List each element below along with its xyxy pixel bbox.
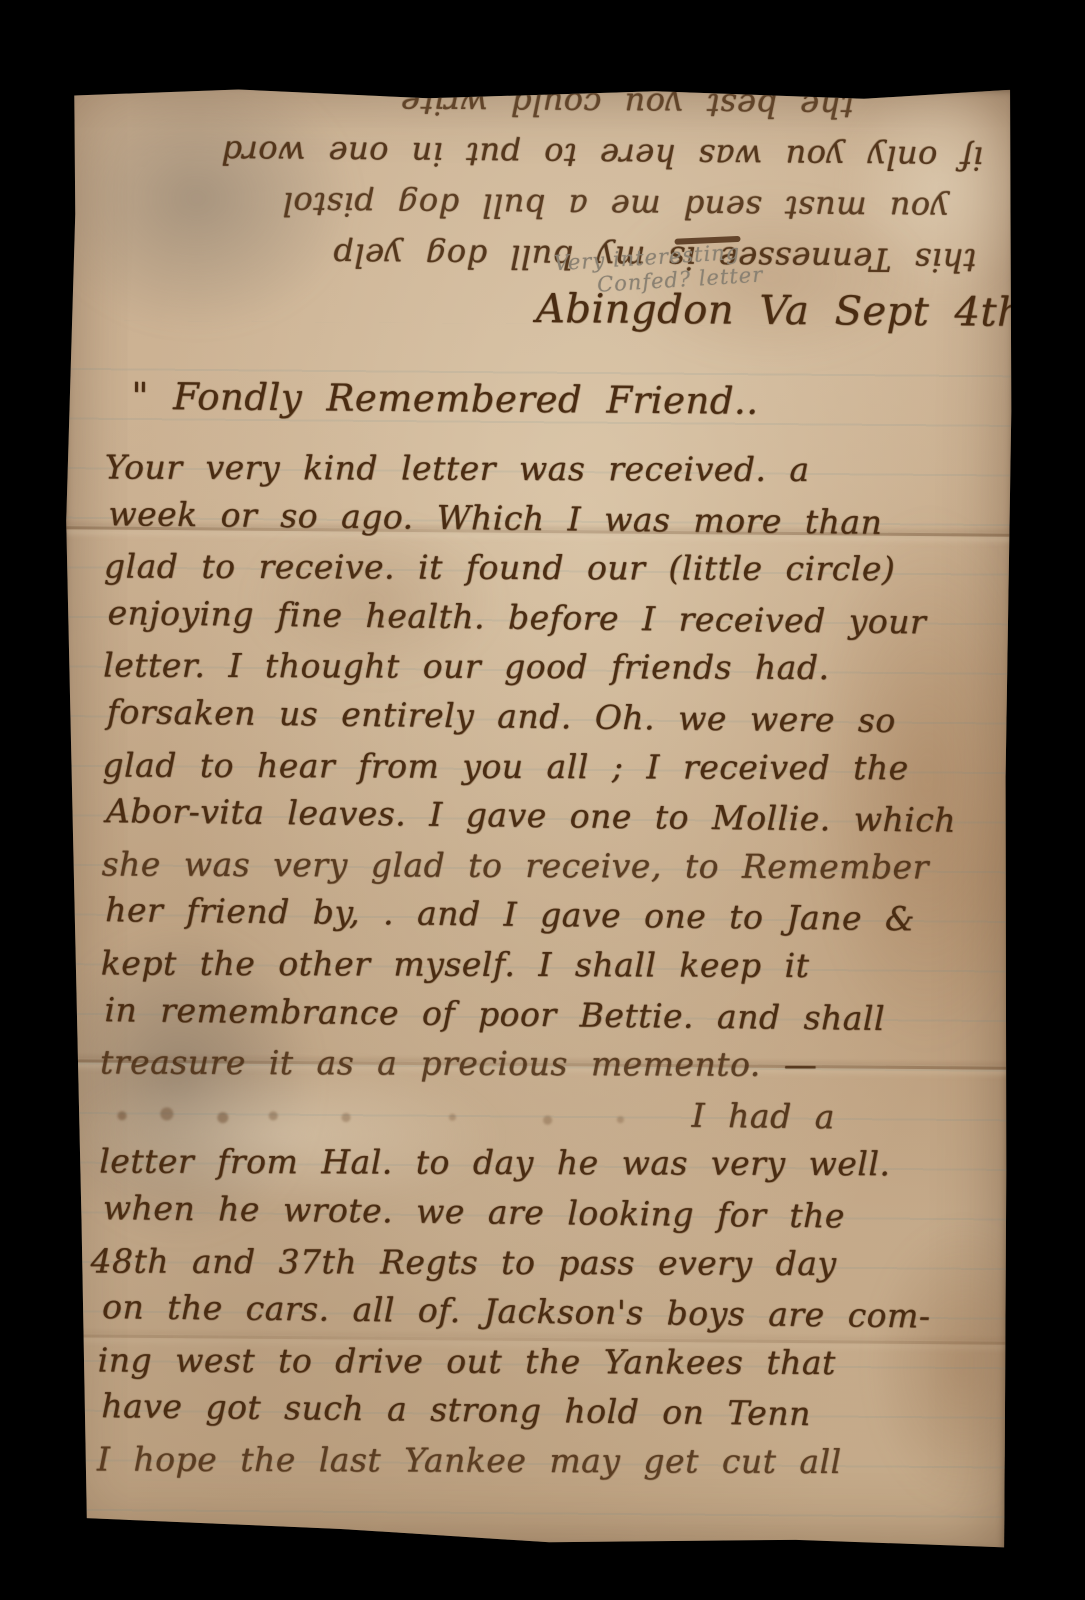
letter-line: on the cars. all of. Jackson's boys are … bbox=[90, 1282, 993, 1342]
letter-line: have got such a strong hold on Tenn bbox=[89, 1381, 992, 1441]
letter-line: in remembrance of poor Bettie. and shall bbox=[92, 984, 995, 1044]
letter-line: when he wrote. we are looking for the bbox=[91, 1183, 994, 1243]
letter-line: ing west to drive out the Yankees that bbox=[86, 1335, 988, 1388]
inverted-line: the best you could write bbox=[75, 82, 1003, 132]
letter-line: week or so ago. Which I was more than bbox=[96, 489, 999, 549]
letter-line: glad to receive. it found our (little ci… bbox=[92, 542, 994, 595]
inverted-postscript: this Tennessee is my bull dog yelp you m… bbox=[74, 82, 1004, 285]
letter-page: this Tennessee is my bull dog yelp you m… bbox=[56, 82, 1015, 1551]
letter-line: kept the other myself. I shall keep it bbox=[89, 938, 991, 991]
photo-scene: this Tennessee is my bull dog yelp you m… bbox=[0, 0, 1085, 1600]
letter-line: treasure it as a precious memento. — bbox=[88, 1038, 990, 1091]
letter-salutation: " Fondly Remembered Friend.. bbox=[131, 375, 759, 423]
letter-line: her friend by, . and I gave one to Jane … bbox=[93, 885, 996, 945]
letter-dateline: Abingdon Va Sept 4th 63 bbox=[536, 286, 1016, 336]
letter-body: Your very kind letter was received. a we… bbox=[85, 441, 995, 1490]
letter-line: enjoying fine health. before I received … bbox=[95, 588, 998, 648]
inverted-line: if only you was here to put in one word bbox=[75, 125, 1003, 183]
inverted-line: this Tennessee is my bull dog yelp bbox=[74, 227, 1002, 285]
letter-line: letter from Hal. to day he was very well… bbox=[87, 1137, 989, 1190]
letter-line: she was very glad to receive, to Remembe… bbox=[90, 839, 992, 892]
letter-line: glad to hear from you all ; I received t… bbox=[90, 740, 992, 793]
letter-line: 48th and 37th Regts to pass every day bbox=[86, 1236, 988, 1289]
letter-line: Your very kind letter was received. a bbox=[93, 442, 995, 495]
letter-line: letter. I thought our good friends had. bbox=[91, 641, 993, 694]
letter-line: Abor-vita leaves. I gave one to Mollie. … bbox=[94, 786, 997, 846]
letter-line: I hope the last Yankee may get cut all bbox=[85, 1434, 987, 1487]
inverted-line: you must send me a bull dog pistol bbox=[75, 176, 1003, 234]
letter-line: I had a bbox=[91, 1084, 994, 1144]
letter-line: forsaken us entirely and. Oh. we were so bbox=[95, 687, 998, 747]
